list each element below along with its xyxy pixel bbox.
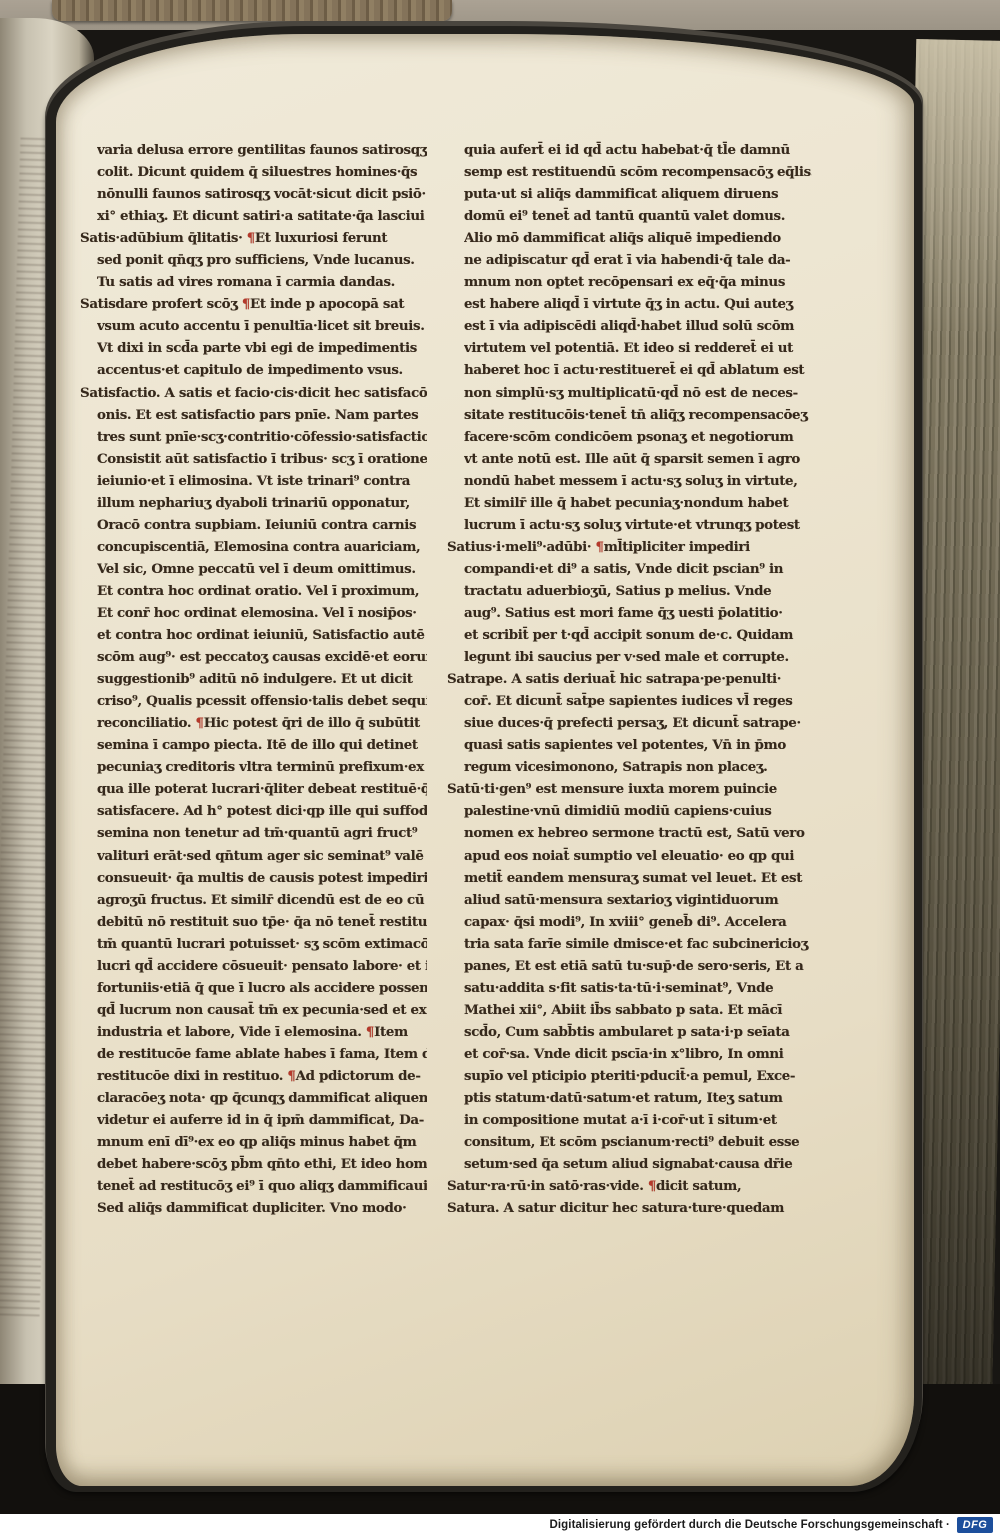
text-line: non simplū·sʒ multiplicatū·qd̄ nō est de… xyxy=(464,382,812,404)
text-line: Satisdare profert scōʒ ¶Et inde p apocop… xyxy=(80,293,427,315)
text-line: colit. Dicunt quidem q̄ siluestres homin… xyxy=(97,161,427,183)
text-line: qua ille poterat lucrari·q̄liter debeat … xyxy=(97,778,427,800)
text-line: vsum acuto accentu ī penultīa·licet sit … xyxy=(97,315,427,337)
text-line: palestine·vnū dimidiū modiū capiens·cuiu… xyxy=(464,800,812,822)
text-line: pecuniaʒ creditoris vltra terminū prefix… xyxy=(97,756,427,778)
text-line: debitū nō restituit suo tp̄e· q̄a nō ten… xyxy=(97,911,427,933)
text-line: nōnulli faunos satirosqʒ vocāt·sicut dic… xyxy=(97,183,427,205)
text-line: compandi·et di⁹ a satis, Vnde dicit psci… xyxy=(464,558,812,580)
text-line: criso⁹, Qualis pcessit offensio·talis de… xyxy=(97,690,427,712)
text-line: de restitucōe fame ablate habes ī fama, … xyxy=(97,1043,427,1065)
text-line: accentus·et capitulo de impedimento vsus… xyxy=(97,359,427,381)
text-line: satu·addita s·fit satis·ta·tū·i·seminat⁹… xyxy=(464,977,812,999)
digitization-caption: Digitalisierung gefördert durch die Deut… xyxy=(549,1519,950,1531)
text-line: et cor̄·sa. Vnde dicit pscīa·in x°libro,… xyxy=(464,1043,812,1065)
text-line: Satrape. A satis deriuat̄ hic satrapa·pe… xyxy=(447,668,812,690)
text-line: industria et labore, Vide ī elemosina. ¶… xyxy=(97,1021,427,1043)
text-line: Vel sic, Omne peccatū vel ī deum omittim… xyxy=(97,558,427,580)
text-line: Vt dixi in scd̄a parte vbi egi de impedi… xyxy=(97,337,427,359)
text-line: metit̄ eandem mensuraʒ sumat vel leuet. … xyxy=(464,867,812,889)
text-line: onis. Et est satisfactio pars pnīe. Nam … xyxy=(97,404,427,426)
text-line: consitum, Et scōm pscianum·recti⁹ debuit… xyxy=(464,1131,812,1153)
text-line: quia aufert̄ ei id qd̄ actu habebat·q̄ t… xyxy=(464,139,812,161)
text-line: vt ante notū est. Ille aūt q̄ sparsit se… xyxy=(464,448,812,470)
text-line: setum·sed q̄a setum aliud signabat·causa… xyxy=(464,1153,812,1175)
text-line: facere·scōm condicōem psonaʒ et negotior… xyxy=(464,426,812,448)
text-line: xi° ethiaʒ. Et dicunt satiri·a satitate·… xyxy=(97,205,427,227)
text-line: videtur ei auferre id in q̄ ipm̄ dammifi… xyxy=(97,1109,427,1131)
text-line: et scribit̄ per t·qd̄ accipit sonum de·c… xyxy=(464,624,812,646)
pilcrow-rubric: ¶ xyxy=(366,1024,374,1040)
text-line: est ī via adipiscēdi aliqd̄·habet illud … xyxy=(464,315,812,337)
text-line: claracōeʒ nota· qp q̄cunqʒ dammificat al… xyxy=(97,1087,427,1109)
text-line: mnum non optet recōpensari ex eq̄·q̄a mi… xyxy=(464,271,812,293)
text-line: fortuniis·etiā q̄ que ī lucro als accide… xyxy=(97,977,427,999)
text-column-left: varia delusa errore gentilitas faunos sa… xyxy=(97,139,427,1219)
text-line: Alio mō dammificat aliq̄s aliquē impedie… xyxy=(464,227,812,249)
scanned-book-photograph: varia delusa errore gentilitas faunos sa… xyxy=(0,0,1000,1536)
text-line: scōm aug⁹· est peccatoʒ causas excidē·et… xyxy=(97,646,427,668)
text-line: Satius·i·meli⁹·adūbi· ¶ml̄tipliciter imp… xyxy=(447,536,812,558)
text-line: sed ponit qn̄qʒ pro sufficiens, Vnde luc… xyxy=(97,249,427,271)
text-line: ne adipiscatur qd̄ erat ī via habendi·q̄… xyxy=(464,249,812,271)
text-line: nomen ex hebreo sermone tractū est, Satū… xyxy=(464,822,812,844)
text-line: legunt ibi saucius per v·sed male et cor… xyxy=(464,646,812,668)
text-line: in compositione mutat a·ī i·cor̄·ut ī si… xyxy=(464,1109,812,1131)
text-line: Et similr̄ ille q̄ habet pecuniaʒ·nondum… xyxy=(464,492,812,514)
text-line: Consistit aūt satisfactio ī tribus· scʒ … xyxy=(97,448,427,470)
text-line: Oracō contra supbiam. Ieiuniū contra car… xyxy=(97,514,427,536)
text-line: Satū·ti·gen⁹ est mensure iuxta morem pui… xyxy=(447,778,812,800)
text-line: suggestionib⁹ aditū nō indulgere. Et ut … xyxy=(97,668,427,690)
text-line: semp est restituendū scōm recompensacōʒ … xyxy=(464,161,812,183)
text-line: sitate restitucōis·tenet̄ tn̄ aliq̄ʒ rec… xyxy=(464,404,812,426)
text-line: tractatu aduerbioʒū, Satius p melius. Vn… xyxy=(464,580,812,602)
text-line: mnum enī dī⁹·ex eo qp aliq̄s minus habet… xyxy=(97,1131,427,1153)
text-line: domū ei⁹ tenet̄ ad tantū quantū valet do… xyxy=(464,205,812,227)
text-line: siue duces·q̄ prefecti persaʒ, Et dicunt… xyxy=(464,712,812,734)
text-line: tria sata farīe simile dmisce·et fac sub… xyxy=(464,933,812,955)
text-line: debet habere·scōʒ pb̄m qn̄to ethi, Et id… xyxy=(97,1153,427,1175)
text-line: regum vicesimonono, Satrapis non placeʒ. xyxy=(464,756,812,778)
text-line: satisfacere. Ad h° potest dici·qp ille q… xyxy=(97,800,427,822)
page-text: varia delusa errore gentilitas faunos sa… xyxy=(0,0,1000,1536)
text-line: Et contra hoc ordinat oratio. Vel ī prox… xyxy=(97,580,427,602)
text-line: tenet̄ ad restitucōʒ ei⁹ ī quo aliqʒ dam… xyxy=(97,1175,427,1197)
text-line: restitucōe dixi in restituo. ¶Ad pdictor… xyxy=(97,1065,427,1087)
text-line: quasi satis sapientes vel potentes, Vn̄ … xyxy=(464,734,812,756)
text-line: nondū habet messem ī actu·sʒ soluʒ in vi… xyxy=(464,470,812,492)
text-line: lucrum ī actu·sʒ soluʒ virtute·et vtrunq… xyxy=(464,514,812,536)
text-line: ieiunio·et ī elimosina. Vt iste trinari⁹… xyxy=(97,470,427,492)
text-line: apud eos noiat̄ sumptio vel eleuatio· eo… xyxy=(464,845,812,867)
pilcrow-rubric: ¶ xyxy=(247,230,255,246)
text-line: panes, Et est etiā satū tu·sup̄·de sero·… xyxy=(464,955,812,977)
text-line: varia delusa errore gentilitas faunos sa… xyxy=(97,139,427,161)
text-line: Satura. A satur dicitur hec satura·ture·… xyxy=(447,1197,812,1219)
text-line: agroʒū fructus. Et similr̄ dicendū est d… xyxy=(97,889,427,911)
text-line: scd̄o, Cum sabb̄tis ambularet p sata·i·p… xyxy=(464,1021,812,1043)
text-line: valituri erāt·sed qn̄tum ager sic semina… xyxy=(97,845,427,867)
text-line: aug⁹. Satius est mori fame q̄ʒ uesti p̄o… xyxy=(464,602,812,624)
text-line: supīo vel pticipio pteriti·pducit̄·a pem… xyxy=(464,1065,812,1087)
pilcrow-rubric: ¶ xyxy=(648,1178,656,1194)
text-line: et contra hoc ordinat ieiuniū, Satisfact… xyxy=(97,624,427,646)
text-line: cor̄. Et dicunt̄ sat̄pe sapientes iudice… xyxy=(464,690,812,712)
digitization-footer: Digitalisierung gefördert durch die Deut… xyxy=(0,1514,1000,1536)
text-line: Satur·ra·rū·in satō·ras·vide. ¶dicit sat… xyxy=(447,1175,812,1197)
pilcrow-rubric: ¶ xyxy=(196,715,204,731)
text-line: lucri qd̄ accidere cōsueuit· pensato lab… xyxy=(97,955,427,977)
text-line: consueuit· q̄a multis de causis potest i… xyxy=(97,867,427,889)
text-line: illum nephariuʒ dyaboli trinariū opponat… xyxy=(97,492,427,514)
text-line: est habere aliqd̄ ī virtute q̄ʒ in actu.… xyxy=(464,293,812,315)
text-column-right: quia aufert̄ ei id qd̄ actu habebat·q̄ t… xyxy=(464,139,812,1219)
pilcrow-rubric: ¶ xyxy=(242,296,250,312)
text-line: tm̄ quantū lucrari potuisset· sʒ scōm ex… xyxy=(97,933,427,955)
pilcrow-rubric: ¶ xyxy=(287,1068,295,1084)
text-line: virtutem vel potentiā. Et ideo si redder… xyxy=(464,337,812,359)
text-line: semina ī campo piecta. Itē de illo qui d… xyxy=(97,734,427,756)
text-line: puta·ut si aliq̄s dammificat aliquem dir… xyxy=(464,183,812,205)
text-line: haberet hoc ī actu·restitueret̄ ei qd̄ a… xyxy=(464,359,812,381)
text-line: Sed aliq̄s dammificat dupliciter. Vno mo… xyxy=(97,1197,427,1219)
text-line: Satis·adūbium q̄litatis· ¶Et luxuriosi f… xyxy=(80,227,427,249)
text-line: aliud satū·mensura sextarioʒ vigintiduor… xyxy=(464,889,812,911)
dfg-logo: DFG xyxy=(957,1517,993,1533)
pilcrow-rubric: ¶ xyxy=(596,539,604,555)
text-line: concupiscentiā, Elemosina contra auarici… xyxy=(97,536,427,558)
text-line: semina non tenetur ad tm̄·quantū agri fr… xyxy=(97,822,427,844)
text-line: qd̄ lucrum non causat̄ tm̄ ex pecunia·se… xyxy=(97,999,427,1021)
text-line: ptis statum·datū·satum·et ratum, Iteʒ sa… xyxy=(464,1087,812,1109)
text-line: Et conr̄ hoc ordinat elemosina. Vel ī no… xyxy=(97,602,427,624)
text-line: Mathei xii°, Abiit ib̄s sabbato p sata. … xyxy=(464,999,812,1021)
text-line: Satisfactio. A satis et facio·cis·dicit … xyxy=(80,382,427,404)
text-line: Tu satis ad vires romana ī carmia dandas… xyxy=(97,271,427,293)
text-line: capax· q̄si modi⁹, In xviii° geneb̄ di⁹.… xyxy=(464,911,812,933)
text-line: tres sunt pnīe·scʒ·contritio·cōfessio·sa… xyxy=(97,426,427,448)
text-line: reconciliatio. ¶Hic potest q̄ri de illo … xyxy=(97,712,427,734)
